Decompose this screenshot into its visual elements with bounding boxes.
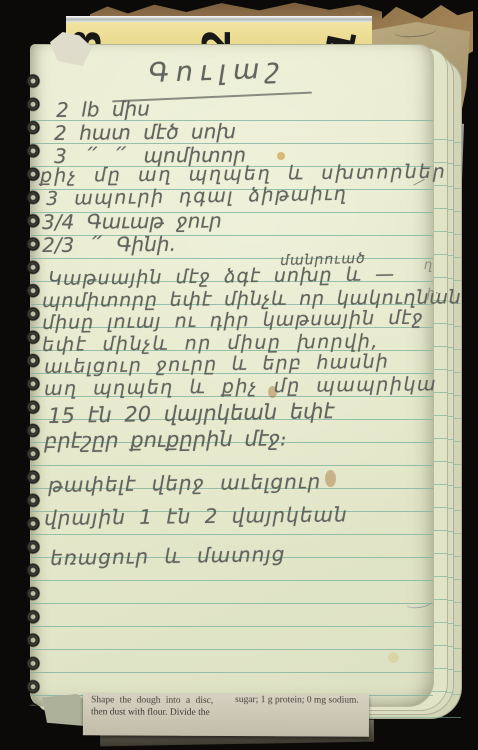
ruler: 3 2 1 — [66, 16, 372, 46]
ruler-metal-edge — [66, 16, 372, 22]
handwritten-title: Գուլաշ — [148, 55, 287, 87]
ingredient-line: 2 lb միս — [56, 98, 150, 120]
spiral-binding — [20, 70, 46, 706]
stain-yellow — [388, 652, 399, 663]
paragraph-line: Կաթսային մէջ ձգէ սոխը և — — [48, 265, 395, 289]
step-line: բրէշըր քուքըրին մէջ։ — [44, 428, 287, 452]
photo-of-notebook: 3 2 1 Գուլաշ 2 lb միս 2 հատ մէծ սոխ 3 ՛՛… — [0, 0, 478, 750]
newspaper-clipping: Shape the dough into a disc, then dust w… — [83, 693, 369, 736]
paragraph-line: աւելցուր ջուրը և երբ հասնի — [44, 353, 389, 377]
clipping-text-left-2: then dust with flour. Divide the — [91, 707, 210, 718]
ruler-number-1: 1 — [317, 25, 366, 46]
stain-brown-2 — [325, 470, 336, 487]
paragraph-line: աղ պղպեղ և քիչ մը պապրիկա — [44, 375, 437, 399]
paragraph-line: միսը լուայ ու դիր կաթսային մէջ — [42, 309, 424, 333]
stain-orange — [277, 152, 285, 160]
step-line: 15 էն 20 վայրկեան եփէ — [48, 401, 334, 427]
step-line: վրային 1 էն 2 վայրկեան — [44, 504, 348, 528]
clipping-text-right: sugar; 1 g protein; 0 mg sodium. — [235, 695, 359, 706]
ingredient-line: 2/3 ՛՛ Գինի․ — [42, 234, 176, 255]
clipping-text-left-1: Shape the dough into a disc, — [91, 695, 213, 706]
ingredient-line: 3/4 Գաւաթ ջուր — [42, 210, 222, 232]
ingredient-line: 2 հատ մէծ սոխ — [54, 121, 236, 143]
edge-mark-letter2: ի· — [427, 286, 438, 300]
edge-mark-letter: ղ — [424, 258, 432, 273]
step-line: թափելէ վերջ աւելցուր — [48, 471, 321, 495]
ingredient-line: քիչ մը աղ պղպեղ և սխտորներ — [40, 163, 447, 186]
step-line: եռացուր և մատոյց — [50, 544, 286, 568]
ingredient-line: 3 ապուրի դգալ ձիթաիւղ — [46, 185, 348, 209]
